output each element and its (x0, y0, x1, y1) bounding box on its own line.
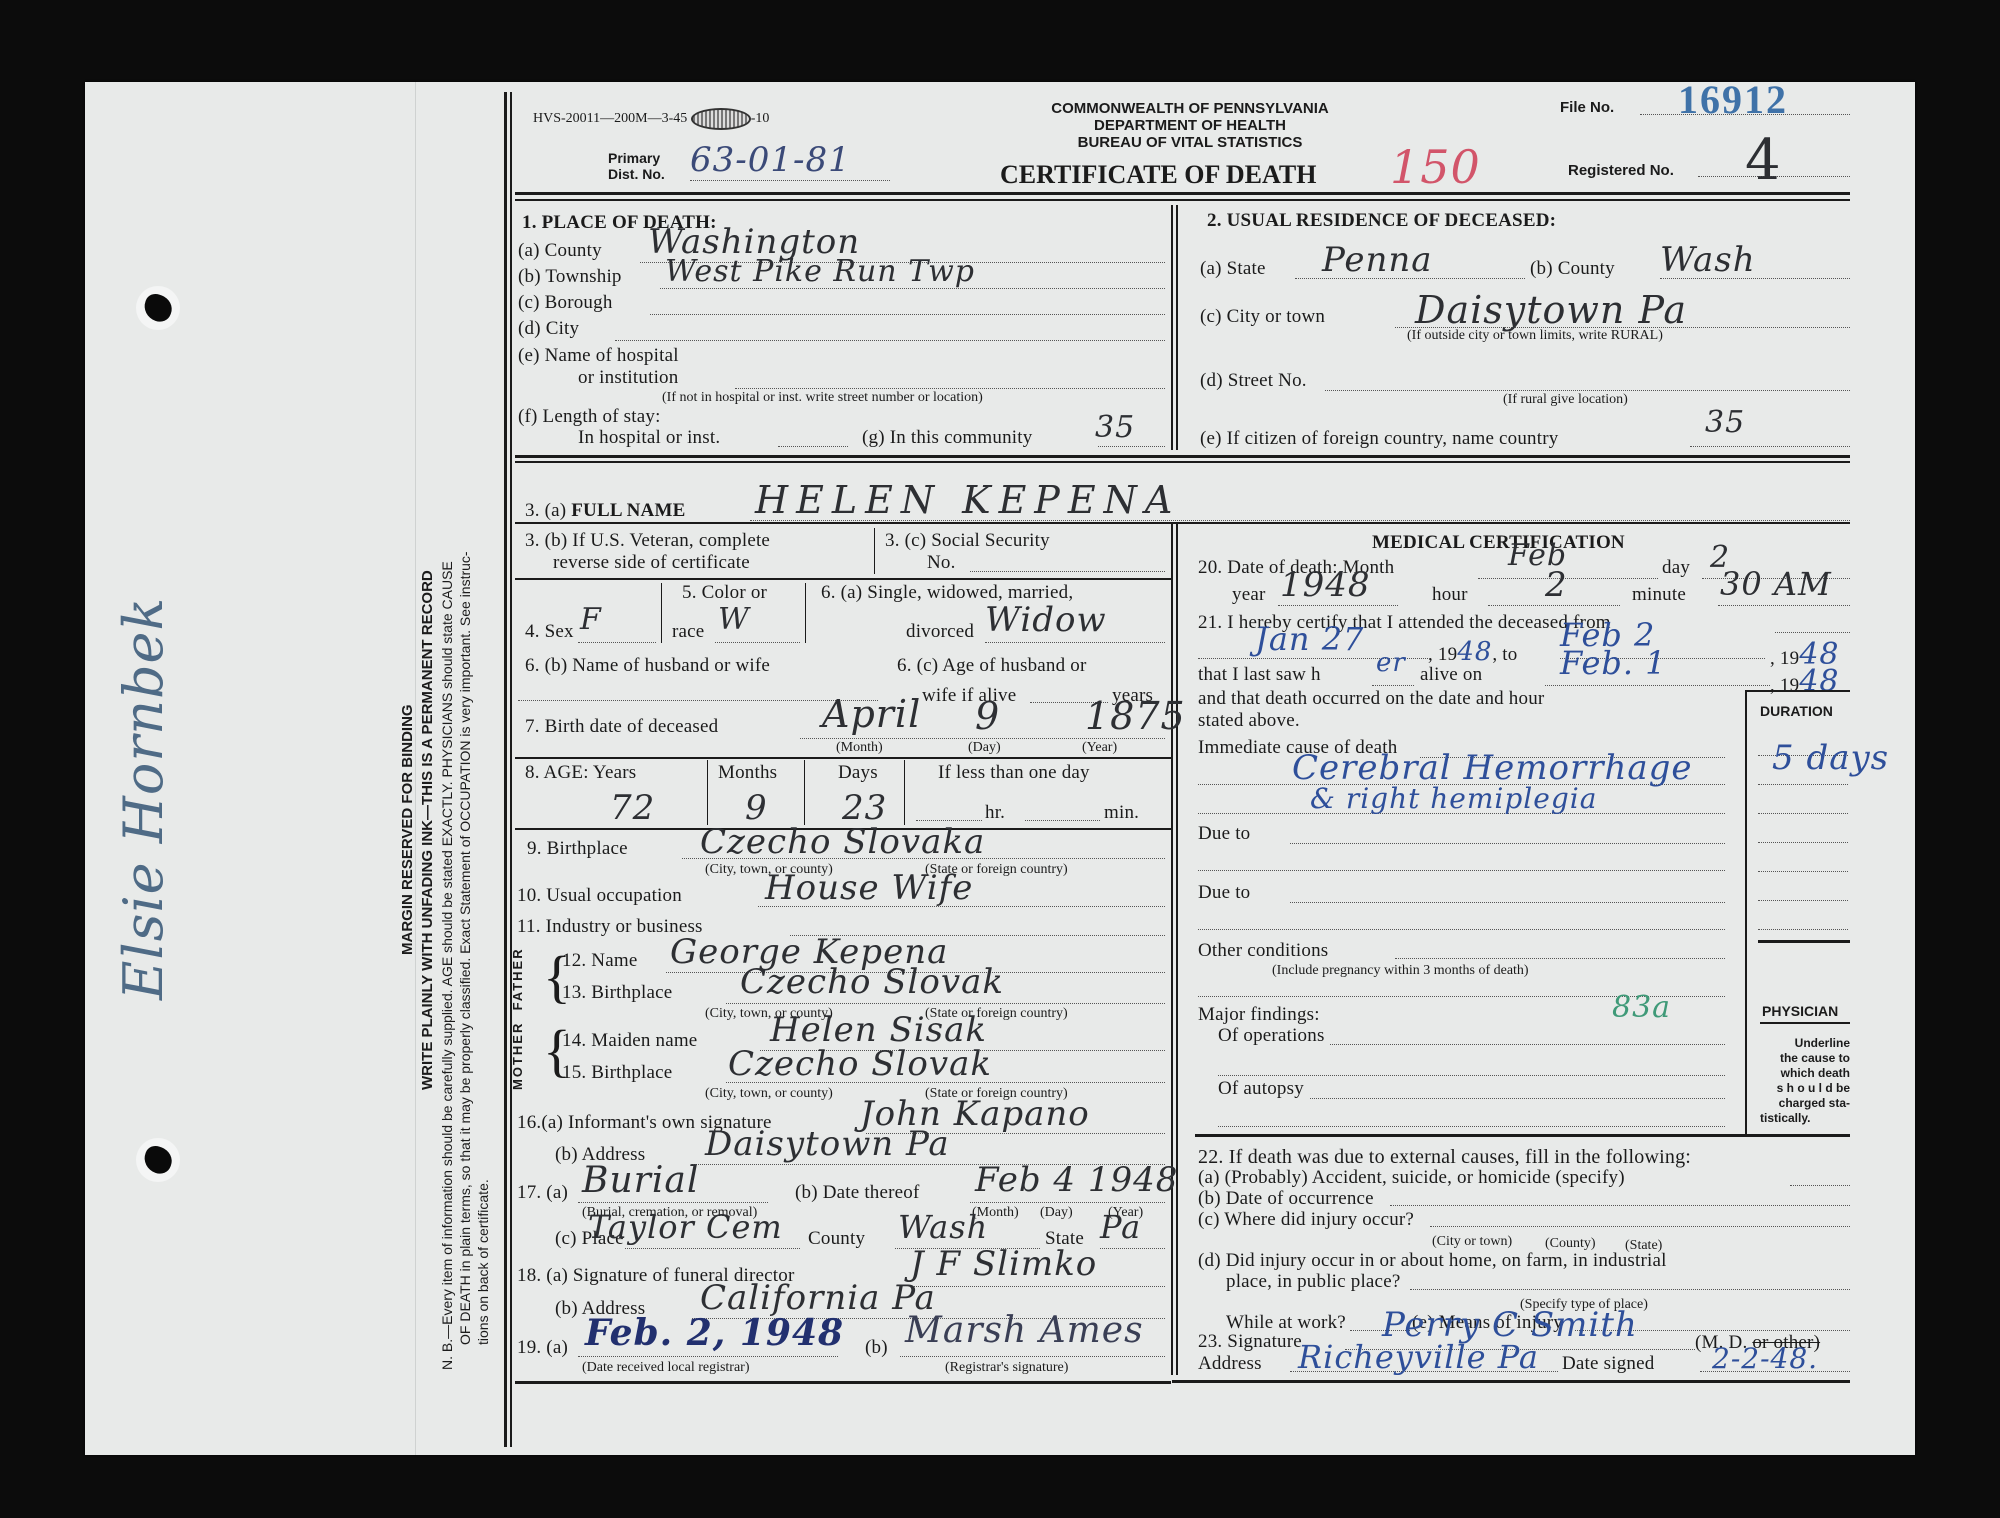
registrar-date-caption: (Date received local registrar) (582, 1360, 750, 1376)
header-rule (515, 199, 1850, 201)
birth-date-label: 7. Birth date of deceased (525, 716, 718, 738)
township-label: (b) Township (518, 266, 622, 288)
occurred-label: and that death occurred on the date and … (1198, 688, 1544, 710)
external-causes-heading: 22. If death was due to external causes,… (1198, 1146, 1691, 1169)
sex-field[interactable] (578, 642, 656, 643)
spouse-age-label: 6. (c) Age of husband or (897, 655, 1086, 677)
ssn-label: 3. (c) Social SecurityNo. (885, 530, 1050, 574)
death-hour-field[interactable] (1488, 605, 1620, 606)
last-saw-year-label: , 1948 (1770, 664, 1840, 699)
form-code: HVS-20011—200M—3-45 -10 (533, 108, 769, 130)
duration-field[interactable] (1758, 813, 1848, 814)
age-years-label: 8. AGE: Years (525, 762, 636, 784)
birth-month-value: April (822, 692, 921, 736)
city-field[interactable] (615, 340, 1165, 341)
margin-write-plainly: WRITE PLAINLY WITH UNFADING INK—THIS IS … (418, 570, 437, 1090)
due-to-field-4[interactable] (1198, 929, 1725, 930)
length-of-stay-label: (f) Length of stay: (518, 406, 661, 428)
cell-divider (805, 583, 806, 643)
citizen-value: 35 (1705, 405, 1745, 440)
death-year-field[interactable] (1278, 605, 1398, 606)
margin-binding-note: MARGIN RESERVED FOR BINDING (398, 704, 417, 955)
spouse-name-label: 6. (b) Name of husband or wife (525, 655, 770, 677)
rural-note: (If outside city or town limits, write R… (1407, 328, 1663, 344)
primary-dist-value: 63-01-81 (690, 140, 851, 180)
attended-from-field-a[interactable] (1775, 632, 1850, 633)
cell-divider (904, 760, 905, 825)
injury-place-label: (d) Did injury occur in or about home, o… (1198, 1250, 1667, 1272)
attended-from-value: Jan 27 (1255, 620, 1364, 658)
punch-hole-icon (136, 1138, 180, 1182)
duration-field[interactable] (1758, 842, 1848, 843)
column-divider (1176, 524, 1178, 1375)
day-caption: (Day) (968, 740, 1001, 756)
res-city-label: (c) City or town (1200, 306, 1325, 328)
state-value: Penna (1322, 240, 1433, 280)
death-day-label: day (1662, 557, 1690, 579)
column-divider (1171, 524, 1173, 1375)
father-birthplace-label: 13. Birthplace (562, 982, 672, 1004)
state-label: (a) State (1200, 258, 1266, 280)
bottom-rule (1172, 1380, 1850, 1383)
registrar-signature-label: (b) (865, 1337, 888, 1359)
injury-place-field[interactable] (1410, 1289, 1850, 1290)
death-month-field[interactable] (1478, 578, 1658, 579)
accident-label: (a) (Probably) Accident, suicide, or hom… (1198, 1167, 1625, 1189)
date-signed-label: Date signed (1562, 1353, 1654, 1375)
pregnancy-note: (Include pregnancy within 3 months of de… (1272, 963, 1529, 979)
section-rule (515, 455, 1850, 458)
autopsy-field-2[interactable] (1218, 1126, 1725, 1127)
accident-field[interactable] (1790, 1185, 1850, 1186)
borough-label: (c) Borough (518, 292, 613, 314)
last-saw-pronoun-value: er (1376, 648, 1406, 678)
duration-field[interactable] (1758, 929, 1848, 930)
last-saw-date-value: Feb. 1 (1560, 644, 1667, 682)
date-signed-value: 2-2-48. (1712, 1342, 1818, 1375)
burial-place-value: Taylor Cem (588, 1208, 783, 1246)
registrar-signature-field[interactable] (900, 1356, 1165, 1357)
operations-field[interactable] (1330, 1044, 1725, 1045)
due-to-field[interactable] (1290, 843, 1725, 844)
occupation-label: 10. Usual occupation (517, 885, 682, 907)
stay-hospital-label: In hospital or inst. (578, 427, 720, 449)
birth-year-value: 1875 (1085, 694, 1186, 738)
attended-from-year-label: , 1948, to (1428, 637, 1518, 667)
death-minute-value: 30 AM (1720, 565, 1832, 603)
res-city-value: Daisytown Pa (1415, 288, 1687, 332)
community-value: 35 (1095, 410, 1135, 445)
operations-field-2[interactable] (1218, 1075, 1725, 1076)
registrar-date-field[interactable] (578, 1356, 838, 1357)
duration-field[interactable] (1758, 784, 1848, 785)
major-findings-label: Major findings: (1198, 1004, 1320, 1026)
registered-no-label: Registered No. (1568, 162, 1674, 179)
duration-field[interactable] (1758, 871, 1848, 872)
physician-signature-label: 23. Signature (1198, 1331, 1302, 1353)
funeral-director-value: J F Slimko (910, 1244, 1097, 1284)
left-border-rule (504, 92, 507, 1447)
day-caption: (Day) (1040, 1205, 1073, 1221)
registrar-date-value: Feb. 2, 1948 (585, 1312, 844, 1354)
duration-field[interactable] (1758, 900, 1848, 901)
res-county-label: (b) County (1530, 258, 1615, 280)
occurrence-date-field[interactable] (1390, 1205, 1850, 1206)
mother-birthplace-label: 15. Birthplace (562, 1062, 672, 1084)
public-place-label: place, in public place? (1226, 1271, 1400, 1293)
due-to-label-2: Due to (1198, 882, 1250, 904)
physician-heading: PHYSICIAN (1762, 1003, 1838, 1019)
registrar-signature-caption: (Registrar's signature) (945, 1360, 1068, 1376)
injury-where-field[interactable] (1430, 1226, 1850, 1227)
birth-date-field[interactable] (800, 738, 1165, 739)
due-to-field-3[interactable] (1290, 902, 1725, 903)
cell-divider (874, 528, 875, 574)
other-conditions-label: Other conditions (1198, 940, 1328, 962)
township-value: West Pike Run Twp (665, 254, 975, 289)
registrar-date-label: 19. (a) (517, 1337, 568, 1359)
hospital-field[interactable] (735, 388, 1165, 389)
injury-where-label: (c) Where did injury occur? (1198, 1209, 1414, 1231)
community-field[interactable] (1098, 446, 1165, 447)
hospital-label: (e) Name of hospital (518, 345, 679, 367)
cell-divider (707, 760, 708, 825)
county-label: (a) County (518, 240, 602, 262)
disposal-date-value: Feb 4 1948 (975, 1160, 1178, 1200)
sex-value: F (580, 602, 602, 637)
issuing-authority: COMMONWEALTH OF PENNSYLVANIA DEPARTMENT … (960, 100, 1420, 151)
informant-address-value: Daisytown Pa (705, 1124, 950, 1164)
veteran-label: 3. (b) If U.S. Veteran, completereverse … (525, 530, 770, 574)
file-no-value: 16912 (1678, 76, 1788, 123)
alive-on-label: alive on (1420, 664, 1482, 686)
last-saw-date-field[interactable] (1545, 685, 1770, 686)
death-hour-value: 2 (1545, 565, 1568, 605)
cell-divider (804, 760, 805, 825)
residence-heading: 2. USUAL RESIDENCE OF DECEASED: (1207, 210, 1556, 232)
registered-no-value: 4 (1745, 128, 1782, 193)
death-year-label: year (1232, 584, 1266, 606)
registrar-signature-value: Marsh Ames (905, 1310, 1144, 1351)
section-rule (515, 461, 1850, 463)
stated-above-label: stated above. (1198, 710, 1300, 732)
medical-rule (1195, 1134, 1850, 1137)
marital-value: Widow (985, 600, 1107, 640)
due-to-field-2[interactable] (1198, 870, 1725, 871)
left-border-rule (510, 92, 512, 1447)
sex-label: 4. Sex (525, 621, 574, 643)
birth-day-value: 9 (975, 694, 1000, 738)
burial-county-value: Wash (898, 1208, 988, 1246)
duration-rule (1758, 940, 1850, 943)
autopsy-field[interactable] (1310, 1098, 1725, 1099)
physician-rule (1760, 1022, 1850, 1024)
burial-place-field[interactable] (625, 1248, 800, 1249)
race-field[interactable] (715, 642, 800, 643)
row-rule (515, 578, 1171, 580)
duration-heading: DURATION (1760, 703, 1833, 719)
operations-label: Of operations (1218, 1025, 1325, 1047)
name-rule (515, 522, 1850, 524)
citizen-label: (e) If citizen of foreign country, name … (1200, 428, 1558, 450)
city-label: (d) City (518, 318, 579, 340)
race-value: W (718, 602, 750, 637)
cell-divider (661, 583, 662, 643)
res-county-value: Wash (1660, 240, 1756, 280)
death-hour-label: hour (1432, 584, 1468, 606)
spouse-alive-label: wife if alive (922, 685, 1016, 707)
min-label: min. (1104, 802, 1139, 824)
column-divider (1171, 205, 1173, 450)
immediate-cause-value-2: & right hemiplegia (1310, 782, 1597, 815)
death-minute-field[interactable] (1718, 605, 1850, 606)
column-divider (1176, 205, 1178, 450)
punch-hole-icon (136, 286, 180, 330)
community-label: (g) In this community (862, 427, 1032, 449)
divorced-label: divorced (906, 621, 974, 643)
disposal-date-field[interactable] (970, 1202, 1165, 1203)
borough-field[interactable] (650, 314, 1165, 315)
margin-nb-line1: N. B.—Every item of information should b… (438, 561, 457, 1370)
due-to-label: Due to (1198, 823, 1250, 845)
file-no-label: File No. (1560, 99, 1614, 116)
ssn-field[interactable] (970, 571, 1165, 572)
physician-address-label: Address (1198, 1353, 1262, 1375)
age-days-label: Days (838, 762, 878, 784)
disposal-field[interactable] (578, 1202, 768, 1203)
full-name-value: HELEN KEPENA (755, 478, 1180, 522)
duration-box-left (1745, 690, 1747, 1135)
margin-nb-line3: tions on back of certificate. (474, 1179, 493, 1345)
bottom-rule (515, 1381, 1171, 1384)
medical-certification-heading: MEDICAL CERTIFICATION (1372, 532, 1625, 554)
duration-value: 5 days (1772, 738, 1889, 778)
hr-field[interactable] (916, 820, 982, 821)
primary-dist-label: PrimaryDist. No. (608, 150, 665, 182)
color-label: 5. Color or (682, 582, 767, 604)
marital-field[interactable] (985, 642, 1165, 643)
death-year-value: 1948 (1280, 565, 1371, 605)
mother-maiden-label: 14. Maiden name (562, 1030, 697, 1052)
document-title: CERTIFICATE OF DEATH (1000, 160, 1316, 190)
birthplace-value: Czecho Slovaka (700, 822, 985, 862)
green-code-mark: 83a (1612, 990, 1671, 1025)
autopsy-label: Of autopsy (1218, 1078, 1304, 1100)
month-caption: (Month) (836, 740, 883, 756)
disposal-value: Burial (582, 1160, 699, 1201)
hospital-note: (If not in hospital or inst. write stree… (662, 390, 983, 406)
last-saw-pronoun-field[interactable] (1372, 685, 1414, 686)
duration-box-top (1745, 690, 1850, 692)
citizen-field[interactable] (1690, 446, 1850, 447)
age-years-value: 72 (610, 788, 655, 828)
year-caption: (Year) (1082, 740, 1117, 756)
occupation-value: House Wife (765, 868, 973, 908)
min-field[interactable] (1025, 820, 1100, 821)
street-note: (If rural give location) (1503, 392, 1628, 408)
burial-state-field[interactable] (1100, 1248, 1165, 1249)
last-saw-label: that I last saw h (1198, 664, 1321, 686)
stay-hospital-field[interactable] (778, 446, 848, 447)
father-name-label: 12. Name (562, 950, 637, 972)
city-caption: (City, town, or county) (705, 1086, 833, 1102)
red-annotation: 150 (1390, 140, 1481, 194)
disposal-date-label: (b) Date thereof (795, 1182, 920, 1204)
death-minute-label: minute (1632, 584, 1686, 606)
street-label: (d) Street No. (1200, 370, 1307, 392)
street-field[interactable] (1325, 390, 1850, 391)
header-rule (515, 192, 1850, 195)
parent-tags: MOTHER FATHER (510, 947, 525, 1090)
funeral-director-field[interactable] (912, 1286, 1165, 1287)
disposal-label: 17. (a) (517, 1182, 568, 1204)
union-label-icon (691, 108, 751, 130)
age-months-label: Months (718, 762, 777, 784)
mother-birthplace-value: Czecho Slovak (728, 1044, 992, 1084)
margin-signature: Elsie Hornbek (112, 597, 175, 1000)
burial-county-label: County (808, 1228, 865, 1250)
primary-dist-line (690, 180, 890, 181)
other-conditions-field[interactable] (1395, 958, 1725, 959)
race-label: race (672, 621, 704, 643)
father-birthplace-field[interactable] (726, 1003, 1165, 1004)
less-than-day-label: If less than one day (938, 762, 1090, 784)
hr-label: hr. (985, 802, 1005, 824)
physician-note: Underline the cause to which death s h o… (1760, 1036, 1850, 1126)
birthplace-label: 9. Birthplace (527, 838, 628, 860)
injury-city-caption: (City or town) (1432, 1234, 1512, 1250)
father-birthplace-value: Czecho Slovak (740, 962, 1004, 1002)
occurrence-date-label: (b) Date of occurrence (1198, 1188, 1374, 1210)
row-rule (515, 757, 1171, 759)
full-name-label: 3. (a) FULL NAME (525, 500, 685, 522)
physician-address-value: Richeyville Pa (1298, 1338, 1539, 1376)
burial-state-value: Pa (1100, 1208, 1141, 1246)
margin-nb-line2: OF DEATH in plain terms, so that it may … (456, 551, 475, 1345)
institution-label: or institution (578, 367, 678, 389)
